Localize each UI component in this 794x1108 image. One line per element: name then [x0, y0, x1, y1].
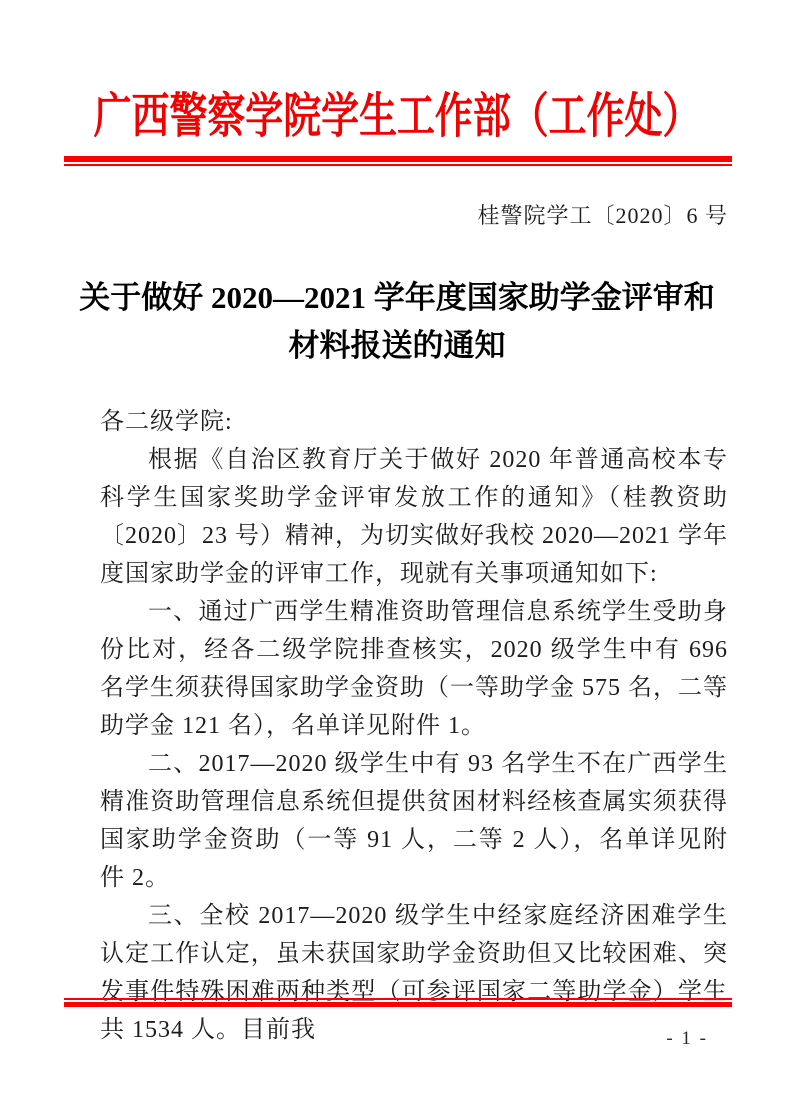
letterhead-red-divider [64, 156, 732, 166]
body-paragraph-4: 三、全校 2017—2020 级学生中经家庭经济困难学生认定工作认定，虽未获国家… [100, 897, 728, 1049]
document-page: 广西警察学院学生工作部（工作处） 桂警院学工〔2020〕6 号 关于做好 202… [0, 0, 794, 1108]
notice-title-line-1: 关于做好 2020—2021 学年度国家助学金评审和 [50, 274, 744, 322]
body-paragraph-1: 根据《自治区教育厅关于做好 2020 年普通高校本专科学生国家奖助学金评审发放工… [100, 441, 728, 593]
notice-title: 关于做好 2020—2021 学年度国家助学金评审和 材料报送的通知 [50, 274, 744, 370]
page-number: - 1 - [666, 1028, 708, 1050]
notice-title-line-2: 材料报送的通知 [50, 322, 744, 370]
salutation: 各二级学院: [100, 403, 728, 441]
divider-thin-line [64, 164, 732, 166]
body-paragraph-2: 一、通过广西学生精准资助管理信息系统学生受助身份比对，经各二级学院排查核实，20… [100, 593, 728, 745]
notice-body: 各二级学院: 根据《自治区教育厅关于做好 2020 年普通高校本专科学生国家奖助… [100, 403, 728, 1049]
divider-thick-line [64, 1002, 732, 1007]
document-reference-number: 桂警院学工〔2020〕6 号 [100, 199, 728, 230]
letterhead-issuer-title: 广西警察学院学生工作部（工作处） [83, 86, 710, 148]
body-paragraph-3: 二、2017—2020 级学生中有 93 名学生不在广西学生精准资助管理信息系统… [100, 745, 728, 897]
footer-red-divider [64, 998, 732, 1007]
